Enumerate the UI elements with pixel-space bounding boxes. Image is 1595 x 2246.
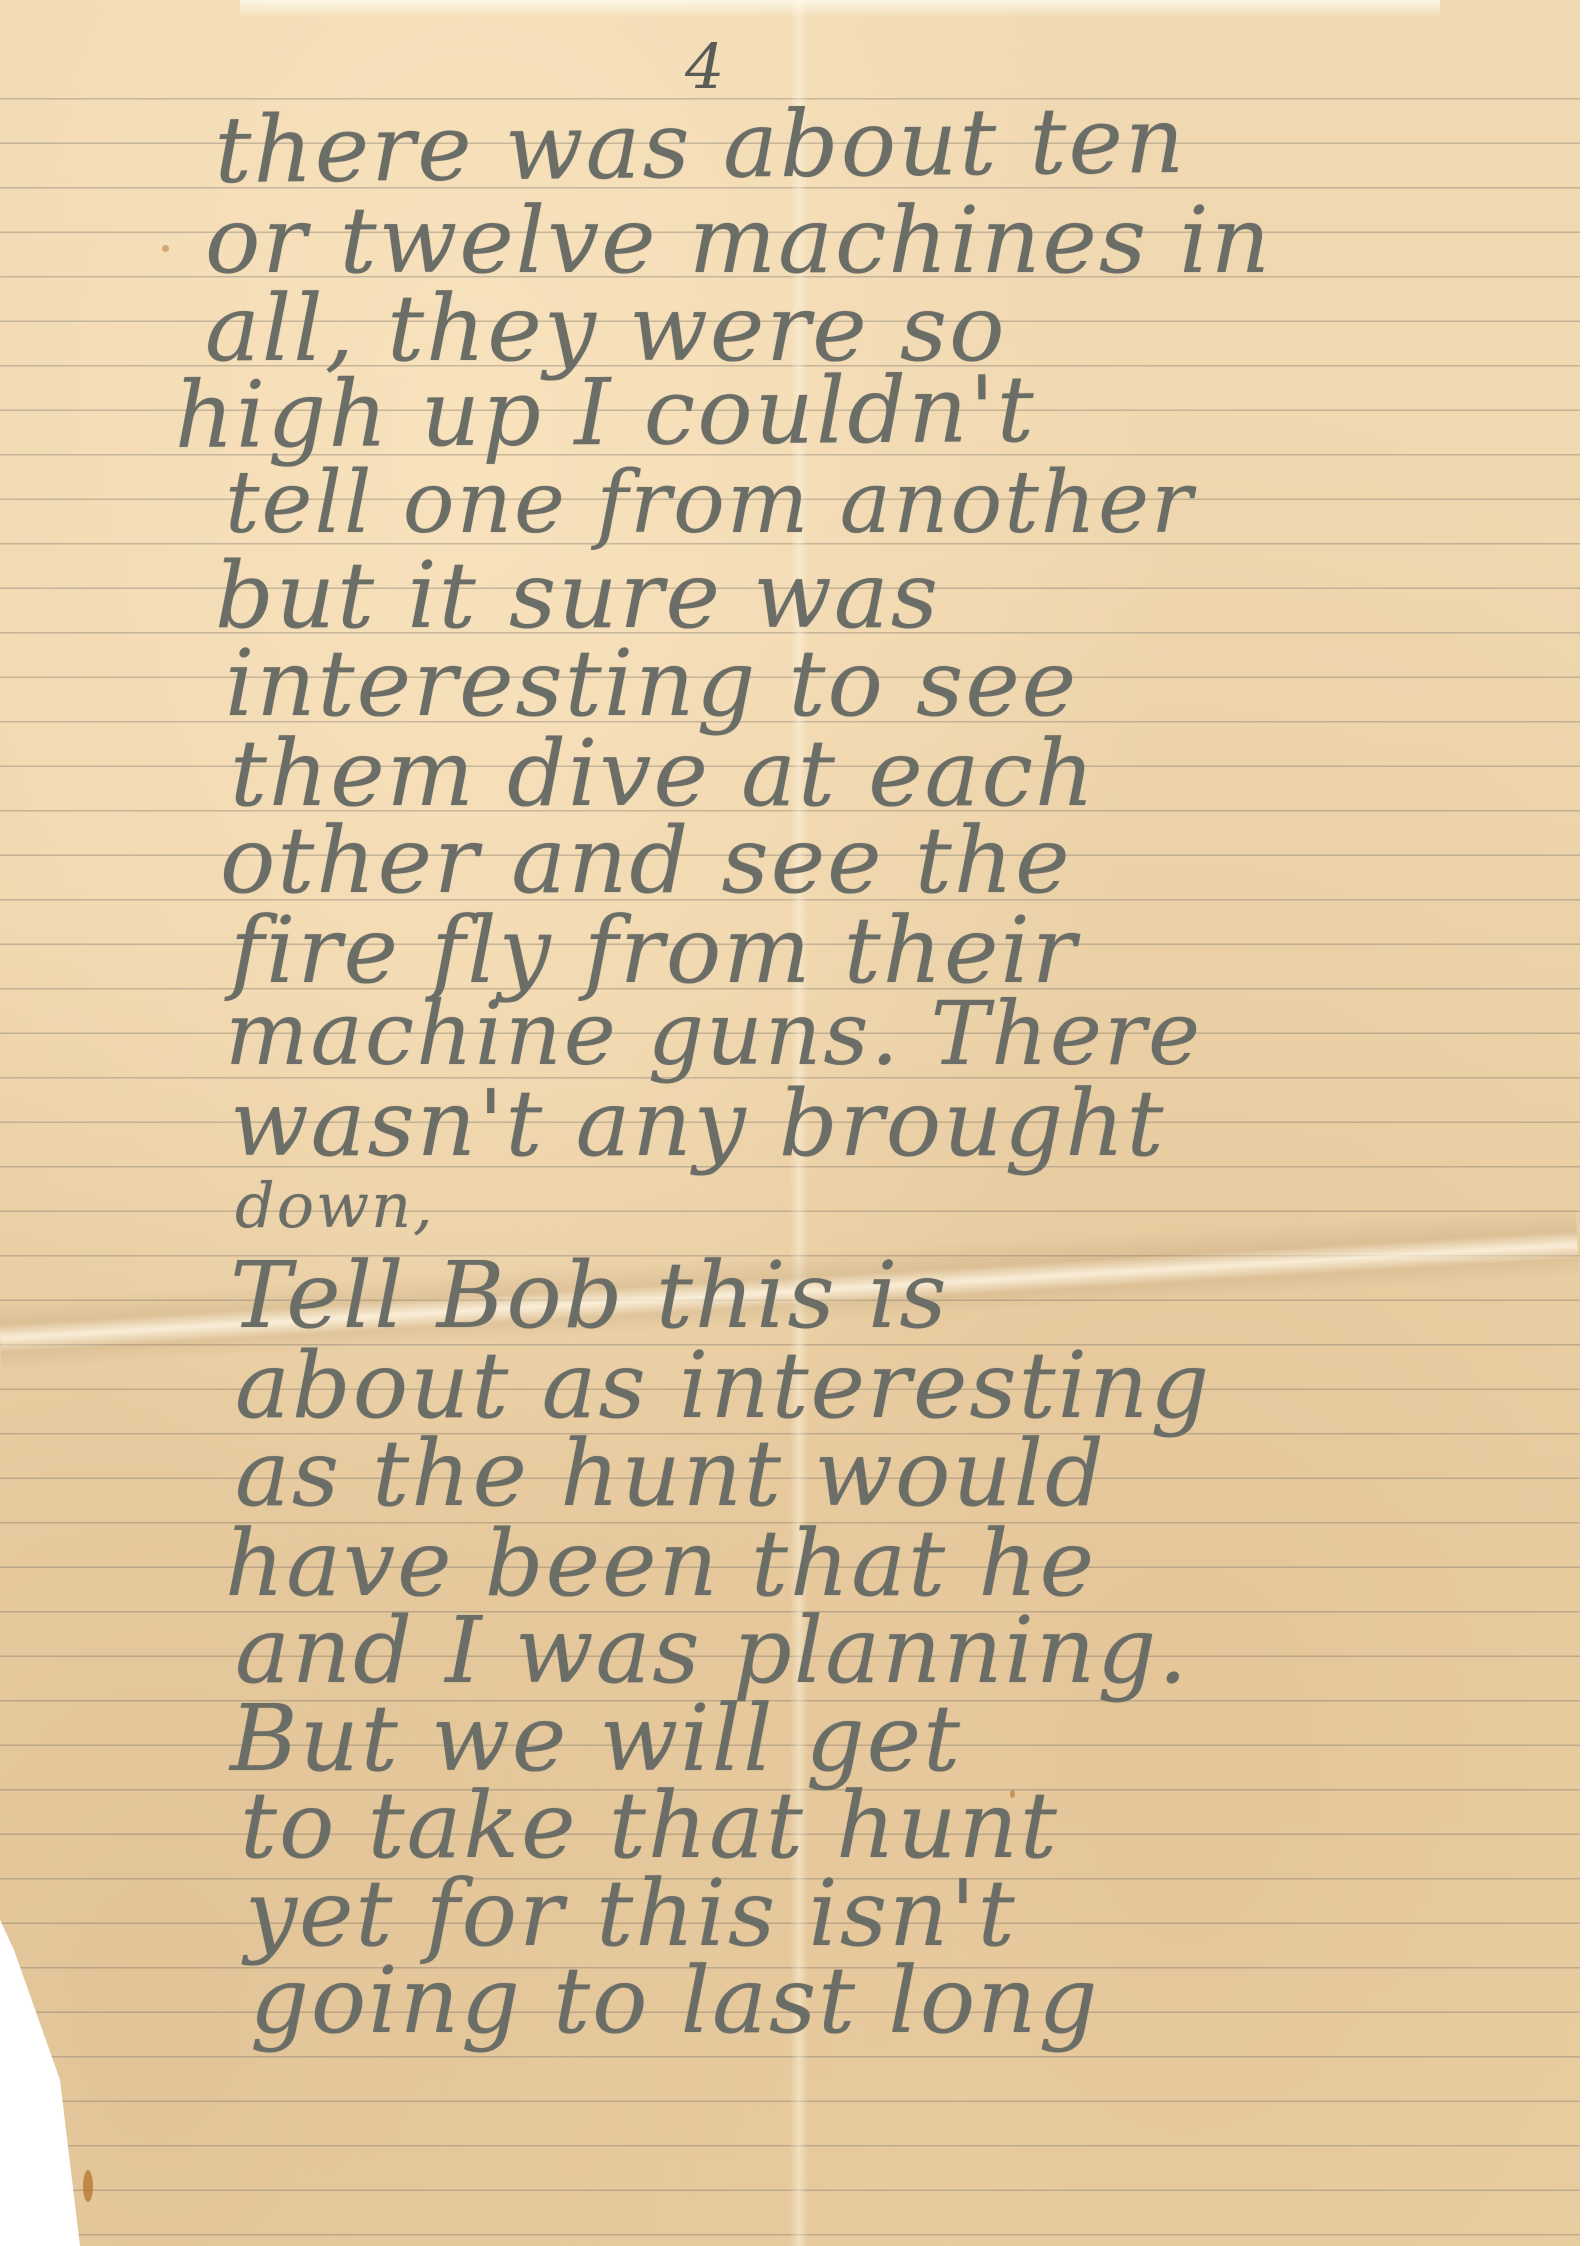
handwritten-line: other and see the [220,815,1072,907]
worn-top-edge [240,0,1440,18]
stain-spot [162,245,169,252]
handwritten-line: wasn't any brought [230,1078,1166,1170]
handwritten-line: to take that hunt [240,1780,1059,1872]
handwritten-line: and I was planning. [235,1605,1189,1697]
handwritten-line: there was about ten [214,95,1187,197]
handwritten-line: going to last long [250,1955,1099,2047]
stain-spot [83,2170,93,2202]
handwritten-line: but it sure was [215,550,940,642]
handwritten-line: interesting to see [225,638,1078,730]
handwritten-line: or twelve machines in [205,195,1272,287]
handwritten-line: Tell Bob this is [230,1250,949,1342]
letter-paper: 4 there was about ten or twelve machines… [0,0,1580,2246]
handwritten-line: about as interesting [235,1340,1211,1432]
handwritten-line: tell one from another [225,460,1194,546]
handwritten-line: as the hunt would [235,1428,1106,1520]
handwritten-line: down, [235,1175,435,1237]
handwritten-line: high up I couldn't [174,364,1036,462]
handwritten-line: machine guns. There [225,990,1202,1078]
